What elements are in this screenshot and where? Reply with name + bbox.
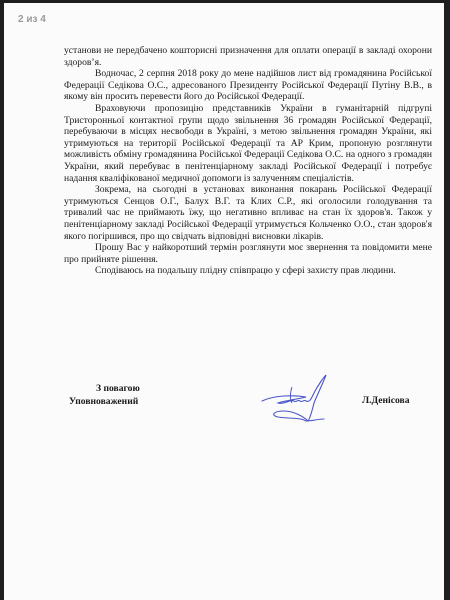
signature-icon [254, 371, 334, 431]
paragraph: установи не передбачено кошторисні призн… [64, 45, 432, 68]
page-indicator: 2 из 4 [18, 14, 46, 25]
signer-title: Уповноважений [69, 395, 140, 408]
letter-body: установи не передбачено кошторисні призн… [64, 45, 432, 277]
paragraph: Водночас, 2 серпня 2018 року до мене над… [64, 68, 432, 103]
closing-salutation: З повагою [69, 382, 140, 395]
paragraph: Враховуючи пропозицію представників Укра… [64, 103, 432, 184]
closing-block: З повагою Уповноважений [69, 382, 140, 408]
document-page: 2 из 4 установи не передбачено кошторисн… [4, 3, 444, 600]
paragraph: Прошу Вас у найкоротший термін розглянут… [64, 242, 432, 265]
paragraph: Сподіваюсь на подальшу плідну співпрацю … [64, 265, 432, 277]
paragraph: Зокрема, на сьогодні в установах виконан… [64, 184, 432, 242]
signer-name: Л.Денісова [362, 395, 410, 406]
